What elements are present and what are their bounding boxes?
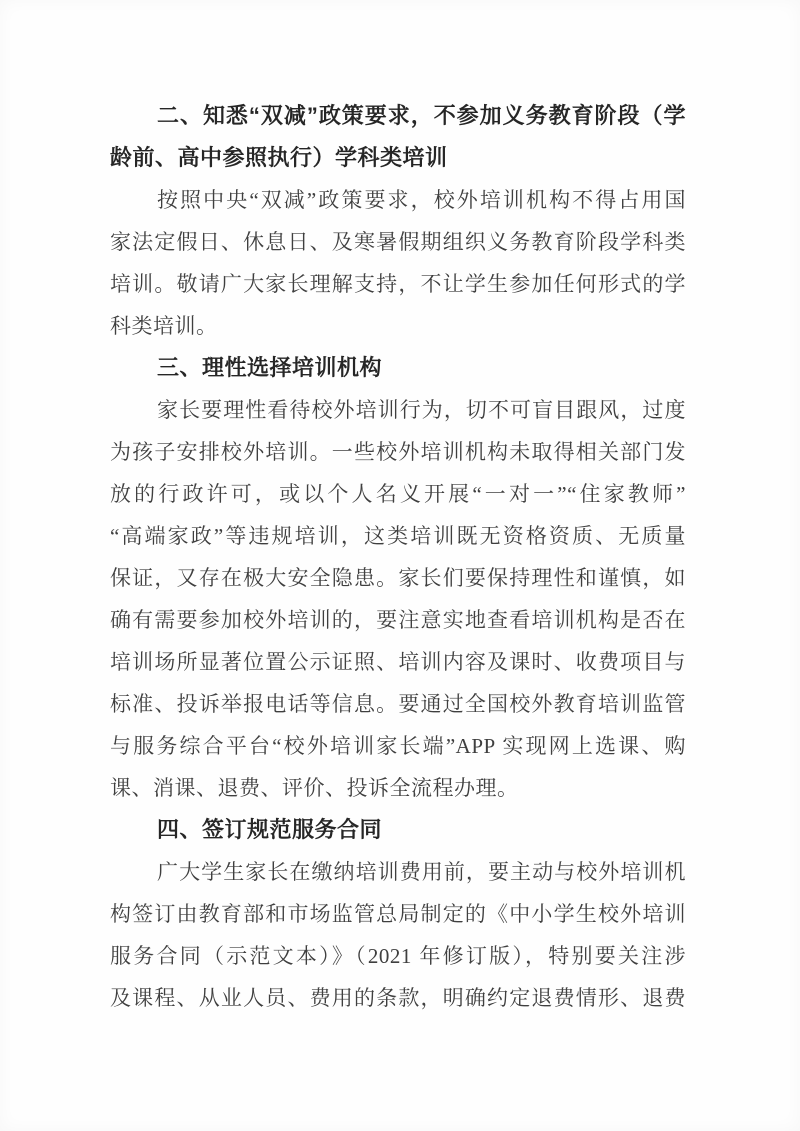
section-heading-4: 四、签订规范服务合同: [110, 809, 686, 851]
body-line: 与服务综合平台“校外培训家长端”APP 实现网上选课、购: [110, 725, 686, 767]
heading-line: 龄前、高中参照执行）学科类培训: [110, 137, 686, 179]
paragraph-choose-institution: 家长要理性看待校外培训行为，切不可盲目跟风，过度为孩子安排校外培训。一些校外培训…: [110, 389, 686, 809]
body-line: 保证，又存在极大安全隐患。家长们要保持理性和谨慎，如: [110, 557, 686, 599]
paragraph-contract: 广大学生家长在缴纳培训费用前，要主动与校外培训机构签订由教育部和市场监管总局制定…: [110, 851, 686, 1019]
body-line: 培训。敬请广大家长理解支持，不让学生参加任何形式的学: [110, 263, 686, 305]
body-line: 为孩子安排校外培训。一些校外培训机构未取得相关部门发: [110, 431, 686, 473]
body-line: 服务合同（示范文本）》（2021 年修订版），特别要关注涉: [110, 935, 686, 977]
body-line: “高端家政”等违规培训，这类培训既无资格资质、无质量: [110, 515, 686, 557]
heading-line: 四、签订规范服务合同: [110, 809, 686, 851]
body-line: 科类培训。: [110, 305, 686, 347]
body-line: 培训场所显著位置公示证照、培训内容及课时、收费项目与: [110, 641, 686, 683]
paragraph-policy: 按照中央“双减”政策要求，校外培训机构不得占用国家法定假日、休息日、及寒暑假期组…: [110, 179, 686, 347]
body-line: 按照中央“双减”政策要求，校外培训机构不得占用国: [110, 179, 686, 221]
document-text-block: 二、知悉“双减”政策要求，不参加义务教育阶段（学龄前、高中参照执行）学科类培训按…: [110, 95, 686, 1019]
body-line: 家长要理性看待校外培训行为，切不可盲目跟风，过度: [110, 389, 686, 431]
body-line: 构签订由教育部和市场监管总局制定的《中小学生校外培训: [110, 893, 686, 935]
body-line: 课、消课、退费、评价、投诉全流程办理。: [110, 767, 686, 809]
body-line: 放的行政许可，或以个人名义开展“一对一”“住家教师”: [110, 473, 686, 515]
body-line: 及课程、从业人员、费用的条款，明确约定退费情形、退费: [110, 977, 686, 1019]
heading-line: 二、知悉“双减”政策要求，不参加义务教育阶段（学: [110, 95, 686, 137]
body-line: 广大学生家长在缴纳培训费用前，要主动与校外培训机: [110, 851, 686, 893]
body-line: 标准、投诉举报电话等信息。要通过全国校外教育培训监管: [110, 683, 686, 725]
section-heading-2: 二、知悉“双减”政策要求，不参加义务教育阶段（学龄前、高中参照执行）学科类培训: [110, 95, 686, 179]
document-page: 二、知悉“双减”政策要求，不参加义务教育阶段（学龄前、高中参照执行）学科类培训按…: [0, 0, 800, 1131]
section-heading-3: 三、理性选择培训机构: [110, 347, 686, 389]
heading-line: 三、理性选择培训机构: [110, 347, 686, 389]
body-line: 确有需要参加校外培训的，要注意实地查看培训机构是否在: [110, 599, 686, 641]
body-line: 家法定假日、休息日、及寒暑假期组织义务教育阶段学科类: [110, 221, 686, 263]
